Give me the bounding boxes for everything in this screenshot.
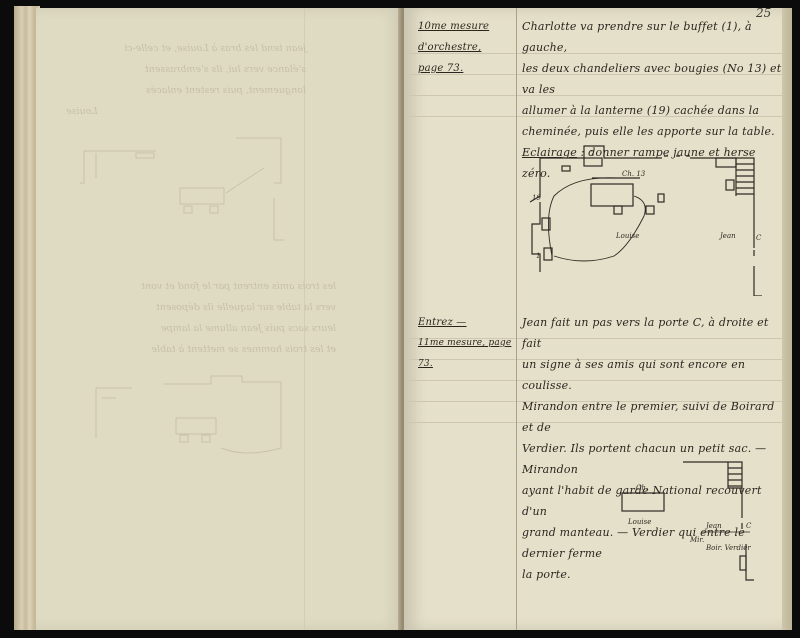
svg-text:Ch.: Ch. <box>636 484 648 492</box>
svg-text:Ch. 13: Ch. 13 <box>622 170 646 178</box>
svg-text:Jean: Jean <box>704 522 722 530</box>
cue-entry-2: Entrez — 11me mesure, page 73. <box>418 312 518 375</box>
svg-text:Boir. Verdier: Boir. Verdier <box>705 544 751 552</box>
svg-text:C: C <box>746 522 752 530</box>
svg-text:1: 1 <box>536 252 540 260</box>
svg-text:19: 19 <box>532 194 541 202</box>
svg-text:Louise: Louise <box>615 232 639 240</box>
svg-text:Mir.: Mir. <box>689 536 704 544</box>
ghost-text-block-2: les trois amis entrent par le fond et vo… <box>66 276 336 360</box>
stage-diagram-1-icon: 7 Ch. 13 19 1 Louise Jean C <box>404 136 790 296</box>
cue-entry-1: 10me mesure d'orchestre, page 73. <box>418 16 518 79</box>
stage-diagram-2-icon: Ch. Louise Jean C Mir. Boir. Verdier <box>404 448 790 608</box>
svg-text:7: 7 <box>590 150 595 158</box>
left-page: jean tend les bras à Louise, et celle-ci… <box>36 8 404 630</box>
right-page-edge <box>782 8 792 630</box>
svg-text:Louise: Louise <box>627 518 651 526</box>
svg-text:C: C <box>756 234 762 242</box>
svg-text:Jean: Jean <box>718 232 736 240</box>
right-page: 25 10me mesure d'orchestre, page 73. Cha… <box>404 8 790 630</box>
